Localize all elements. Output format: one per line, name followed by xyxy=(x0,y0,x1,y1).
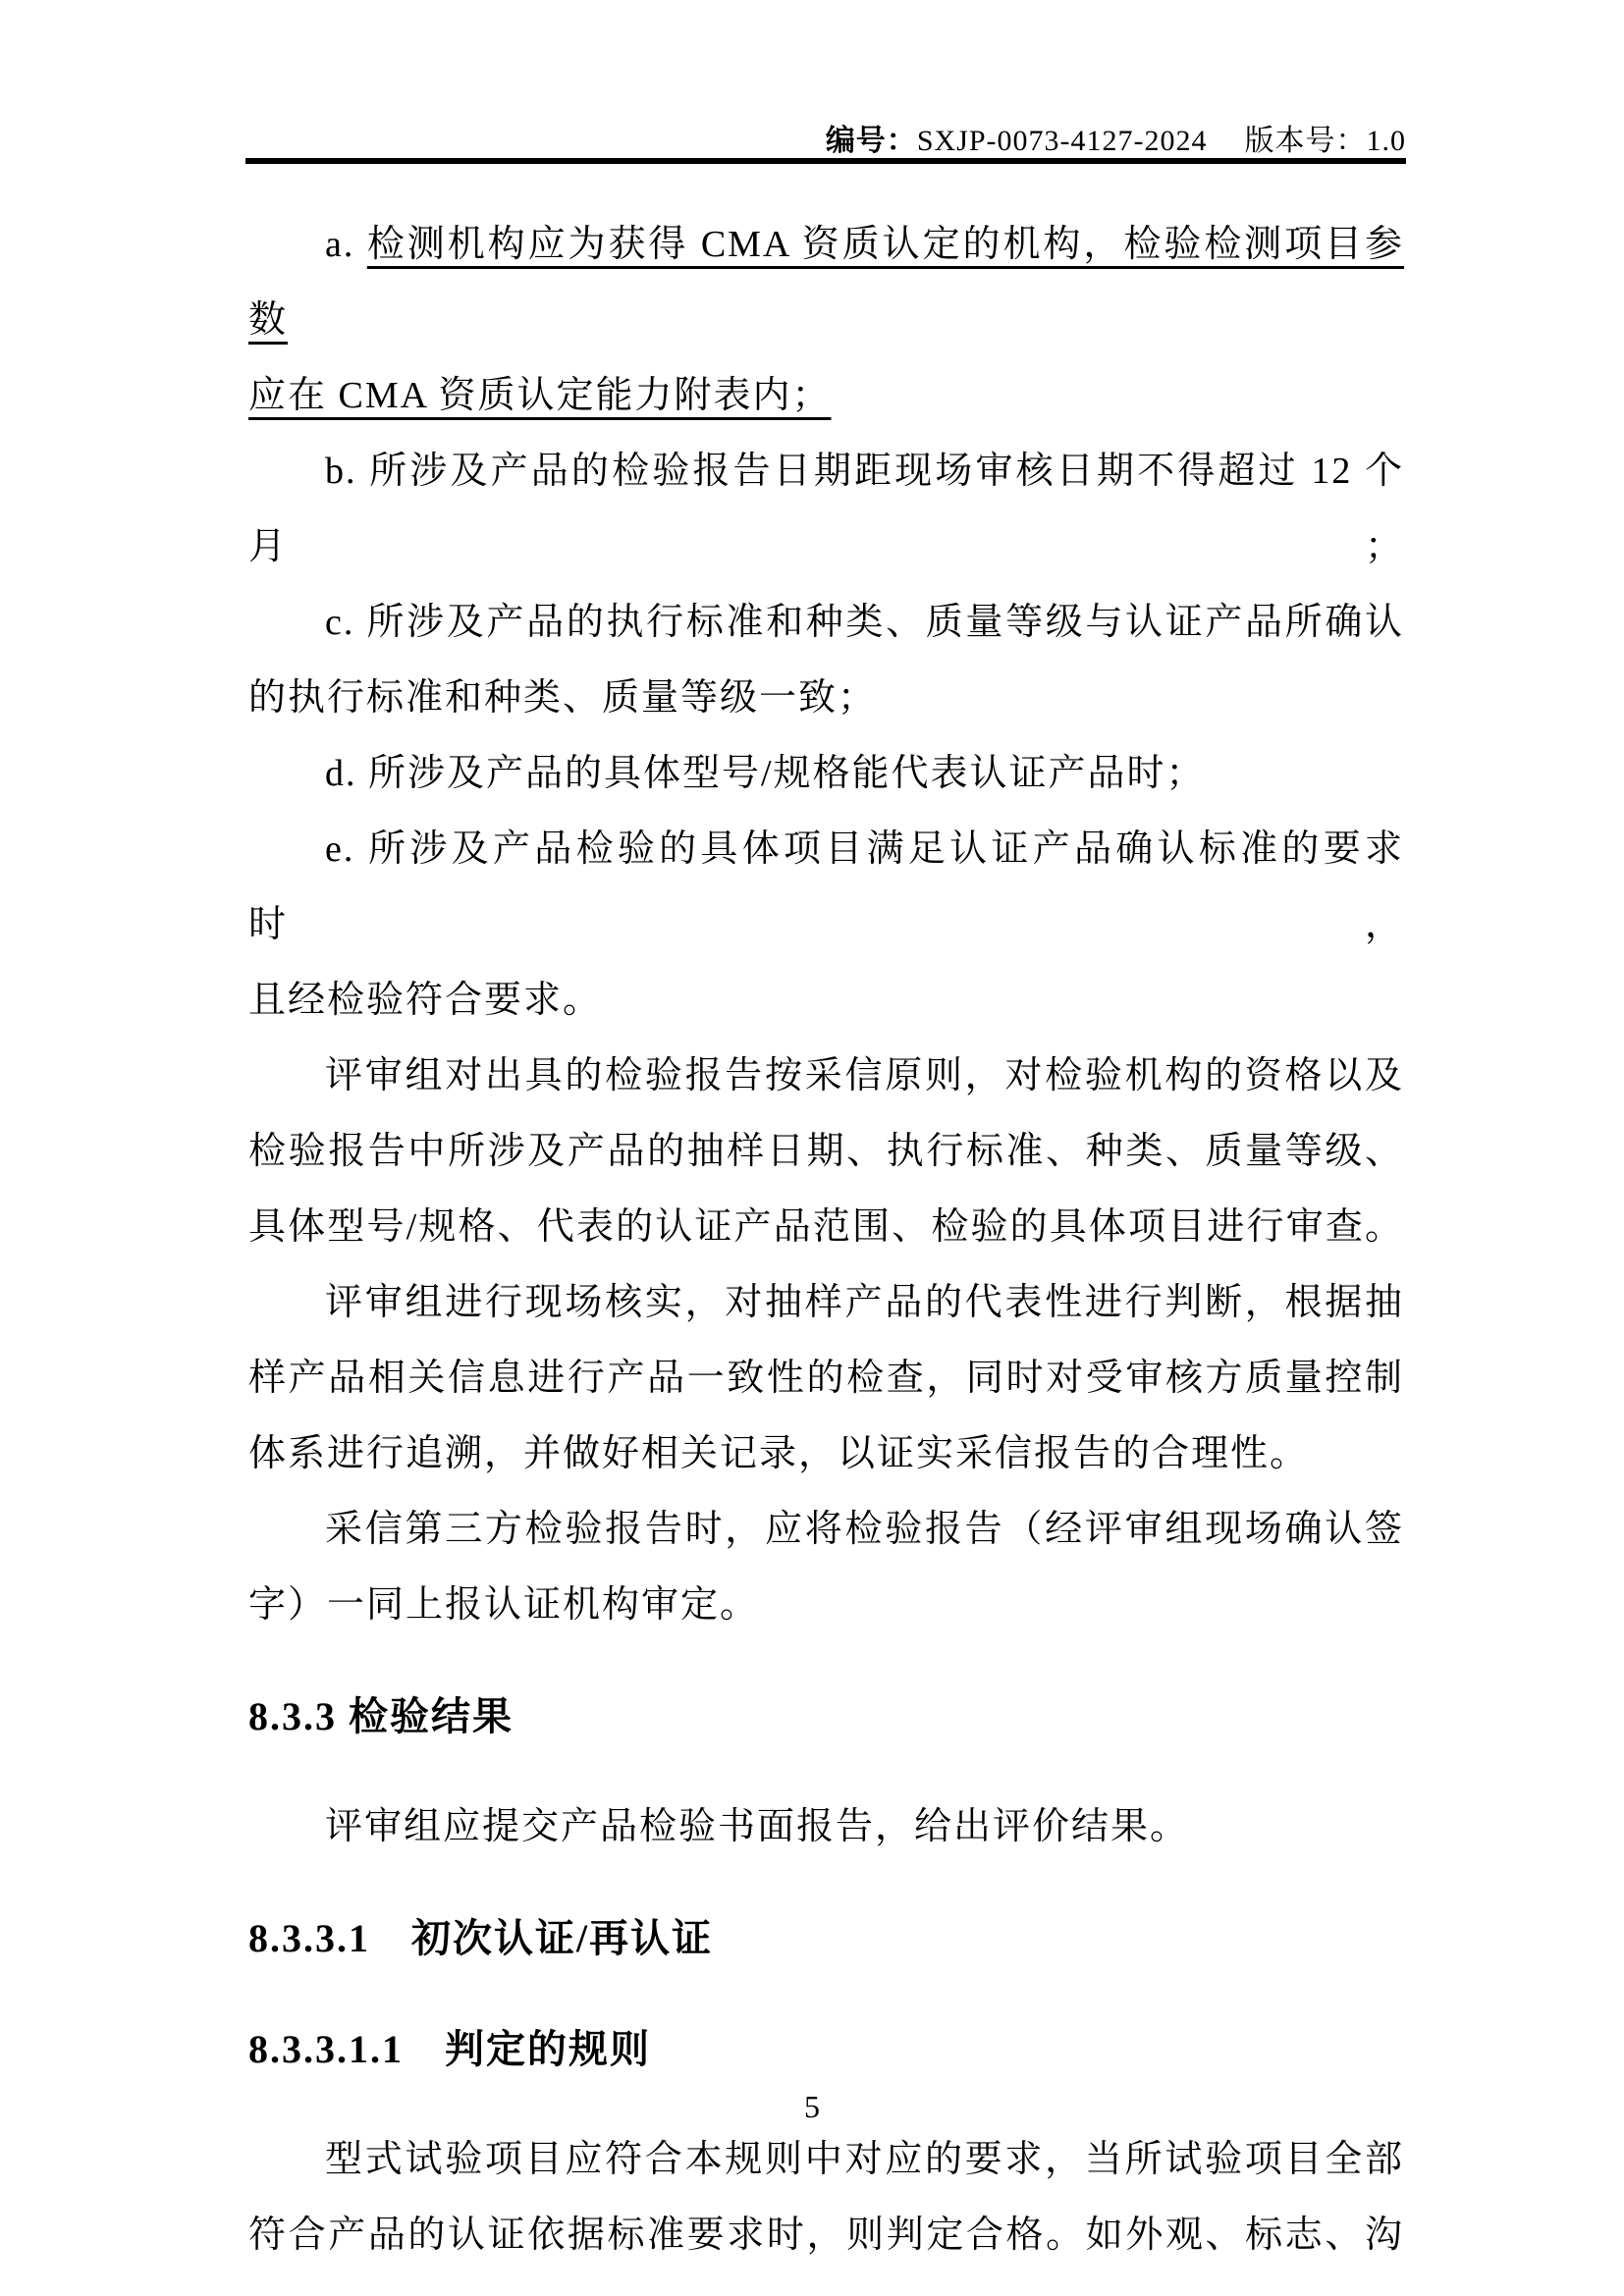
page-footer: 5 xyxy=(0,2089,1624,2125)
text-line: a. 检测机构应为获得 CMA 资质认定的机构，检验检测项目参数 xyxy=(248,207,1404,358)
header-divider-line xyxy=(245,158,1406,164)
text-line: 样产品相关信息进行产品一致性的检查，同时对受审核方质量控制 xyxy=(248,1341,1404,1416)
clause-a-underlined-text: 检测机构应为获得 CMA 资质认定的机构，检验检测项目参数 xyxy=(248,224,1404,341)
text-line: 评审组对出具的检验报告按采信原则，对检验机构的资格以及 xyxy=(248,1039,1404,1114)
text-line: d. 所涉及产品的具体型号/规格能代表认证产品时； xyxy=(248,736,1404,812)
clause-b-paragraph: b. 所涉及产品的检验报告日期距现场审核日期不得超过 12 个月； xyxy=(248,434,1404,585)
text-line: c. 所涉及产品的执行标准和种类、质量等级与认证产品所确认 xyxy=(248,585,1404,661)
text-line: 型式试验项目应符合本规则中对应的要求，当所试验项目全部 xyxy=(248,2122,1404,2198)
third-party-report-paragraph: 采信第三方检验报告时，应将检验报告（经评审组现场确认签字）一同上报认证机构审定。 xyxy=(248,1492,1404,1643)
version-label-text: 版本号： xyxy=(1245,125,1367,157)
text-line: 应在 CMA 资质认定能力附表内； xyxy=(248,358,1404,434)
document-body: a. 检测机构应为获得 CMA 资质认定的机构，检验检测项目参数 应在 CMA … xyxy=(248,207,1404,2273)
page-number: 5 xyxy=(804,2089,820,2124)
clause-e-paragraph: e. 所涉及产品检验的具体项目满足认证产品确认标准的要求时，且经检验符合要求。 xyxy=(248,812,1404,1039)
text-line: 检验报告中所涉及产品的抽样日期、执行标准、种类、质量等级、 xyxy=(248,1114,1404,1190)
onsite-verification-paragraph: 评审组进行现场核实，对抽样产品的代表性进行判断，根据抽样产品相关信息进行产品一致… xyxy=(248,1265,1404,1492)
text-line: 具体型号/规格、代表的认证产品范围、检验的具体项目进行审查。 xyxy=(248,1190,1404,1265)
text-line: e. 所涉及产品检验的具体项目满足认证产品确认标准的要求时， xyxy=(248,812,1404,963)
doc-number-label: 编号： xyxy=(826,125,917,157)
text-line: 字）一同上报认证机构审定。 xyxy=(248,1568,1404,1643)
inspection-result-paragraph: 评审组应提交产品检验书面报告，给出评价结果。 xyxy=(248,1789,1404,1865)
heading-8-3-3-1: 8.3.3.1 初次认证/再认证 xyxy=(248,1900,1404,1976)
clause-a-underlined-text: 应在 CMA 资质认定能力附表内； xyxy=(248,375,831,416)
text-line: 符合产品的认证依据标准要求时，则判定合格。如外观、标志、沟 xyxy=(248,2198,1404,2273)
text-line: b. 所涉及产品的检验报告日期距现场审核日期不得超过 12 个月； xyxy=(248,434,1404,585)
type-test-paragraph: 型式试验项目应符合本规则中对应的要求，当所试验项目全部符合产品的认证依据标准要求… xyxy=(248,2122,1404,2273)
heading-8-3-3-1-1: 8.3.3.1.1 判定的规则 xyxy=(248,2011,1404,2087)
text-line: 评审组应提交产品检验书面报告，给出评价结果。 xyxy=(248,1789,1404,1865)
text-line: 体系进行追溯，并做好相关记录，以证实采信报告的合理性。 xyxy=(248,1416,1404,1492)
clause-c-paragraph: c. 所涉及产品的执行标准和种类、质量等级与认证产品所确认的执行标准和种类、质量… xyxy=(248,585,1404,736)
heading-8-3-3: 8.3.3 检验结果 xyxy=(248,1679,1404,1754)
document-page: 编号：SXJP-0073-4127-2024版本号：1.0 a. 检测机构应为获… xyxy=(0,0,1624,2296)
version-label: 版本号：1.0 xyxy=(1245,125,1407,157)
report-review-paragraph: 评审组对出具的检验报告按采信原则，对检验机构的资格以及检验报告中所涉及产品的抽样… xyxy=(248,1039,1404,1265)
version-value: 1.0 xyxy=(1367,125,1407,157)
text-line: 且经检验符合要求。 xyxy=(248,963,1404,1039)
text-line: 采信第三方检验报告时，应将检验报告（经评审组现场确认签 xyxy=(248,1492,1404,1568)
clause-d-paragraph: d. 所涉及产品的具体型号/规格能代表认证产品时； xyxy=(248,736,1404,812)
clause-a-prefix: a. xyxy=(325,224,367,265)
text-line: 的执行标准和种类、质量等级一致； xyxy=(248,661,1404,736)
page-header: 编号：SXJP-0073-4127-2024版本号：1.0 xyxy=(248,116,1406,159)
doc-number-value: SXJP-0073-4127-2024 xyxy=(917,125,1208,157)
text-line: 评审组进行现场核实，对抽样产品的代表性进行判断，根据抽 xyxy=(248,1265,1404,1341)
clause-a-paragraph: a. 检测机构应为获得 CMA 资质认定的机构，检验检测项目参数 应在 CMA … xyxy=(248,207,1404,434)
